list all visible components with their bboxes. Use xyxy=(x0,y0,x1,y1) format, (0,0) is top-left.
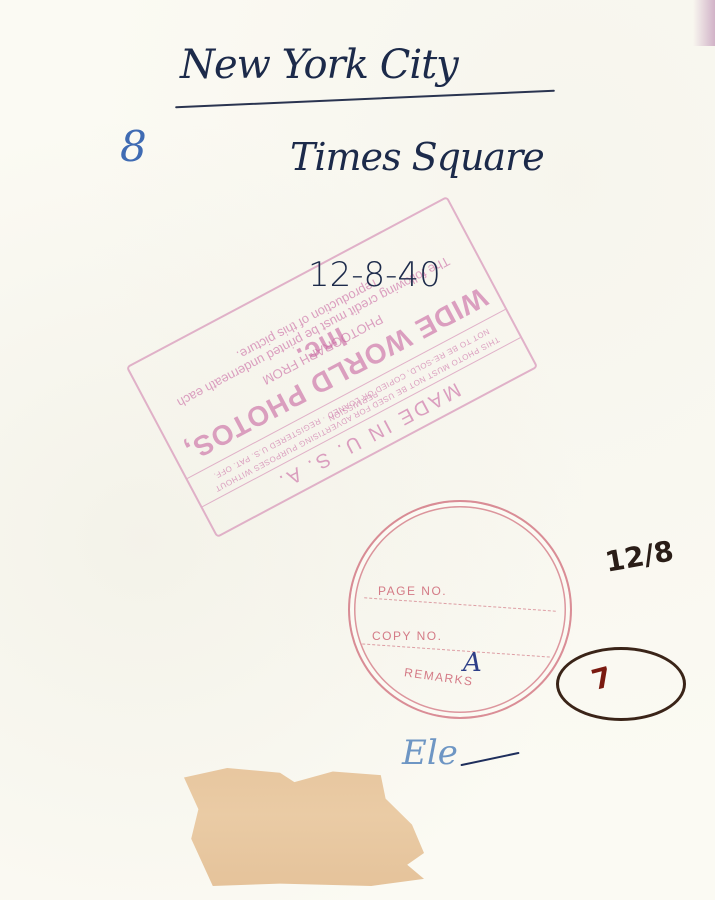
copy-no-label: COPY NO. xyxy=(372,629,442,643)
circled-mark-oval xyxy=(556,647,686,721)
date: 12-8-40 xyxy=(308,255,441,295)
index-number: 8 xyxy=(120,122,147,171)
initials: Ele xyxy=(402,733,458,773)
copy-no-line xyxy=(362,643,550,657)
location-title: New York City xyxy=(180,42,458,88)
page-no-line xyxy=(364,597,556,611)
blue-mark: A xyxy=(463,648,482,678)
page-no-label: PAGE NO. xyxy=(378,584,447,598)
location-subtitle: Times Square xyxy=(290,135,544,179)
circular-stamp: PAGE NO. COPY NO. REMARKS xyxy=(348,500,572,719)
edge-stain xyxy=(693,0,715,46)
